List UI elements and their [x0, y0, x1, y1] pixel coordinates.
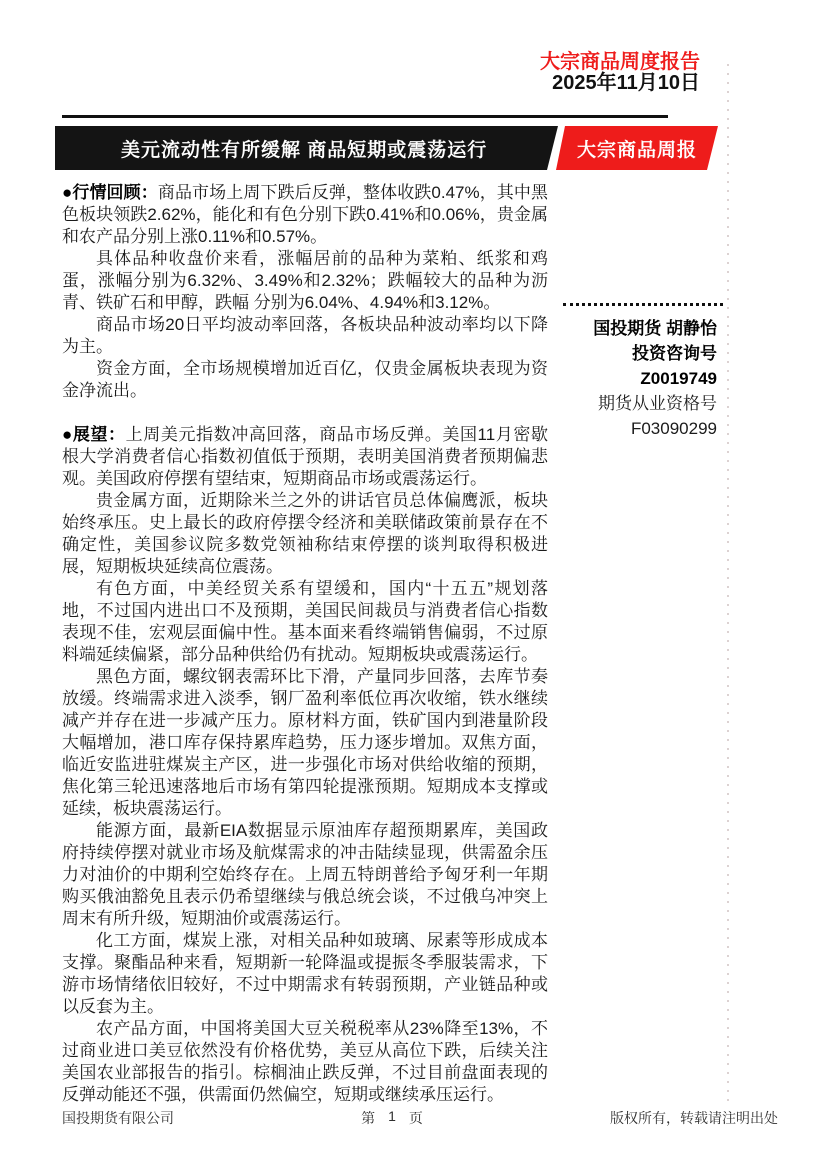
body-paragraph: 农产品方面，中国将美国大豆关税税率从23%降至13%，不过商业进口美豆依然没有价…	[62, 1018, 548, 1106]
report-page: 大宗商品周度报告 2025年11月10日 美元流动性有所缓解 商品短期或震荡运行…	[0, 0, 826, 1169]
section-label-outlook: ●展望：	[62, 425, 126, 444]
sidebar-dotted-rule	[563, 303, 723, 306]
weekly-report-badge-label: 大宗商品周报	[577, 135, 697, 162]
analyst-name: 国投期货 胡静怡	[563, 316, 723, 341]
body-paragraph: 能源方面，最新EIA数据显示原油库存超预期累库，美国政府持续停摆对就业市场及航煤…	[62, 820, 548, 930]
report-date: 2025年11月10日	[540, 73, 700, 94]
footer-company: 国投期货有限公司	[62, 1108, 174, 1128]
page-number: 1	[388, 1108, 396, 1128]
section-lead-paragraph: ●展望：上周美元指数冲高回落，商品市场反弹。美国11月密歇根大学消费者信心指数初…	[62, 424, 548, 490]
right-margin-dotted-line	[727, 64, 729, 1106]
section-lead-paragraph: ●行情回顾：商品市场上周下跌后反弹，整体收跌0.47%，其中黑色板块领跌2.62…	[62, 182, 548, 248]
page-footer: 国投期货有限公司 第 1 页 版权所有，转载请注明出处	[62, 1108, 778, 1128]
masthead: 大宗商品周度报告 2025年11月10日	[540, 52, 700, 94]
body-paragraph: 商品市场20日平均波动率回落，各板块品种波动率均以下降为主。	[62, 314, 548, 358]
banner-top-rule	[62, 115, 668, 118]
advisory-number-label: 投资咨询号	[563, 341, 723, 366]
section-intro-text: 上周美元指数冲高回落，商品市场反弹。美国11月密歇根大学消费者信心指数初值低于预…	[62, 425, 548, 488]
section-paragraphs: 贵金属方面，近期除米兰之外的讲话官员总体偏鹰派，板块始终承压。史上最长的政府停摆…	[62, 490, 548, 1106]
practice-number: F03090299	[563, 416, 723, 441]
report-series-title: 大宗商品周度报告	[540, 52, 700, 73]
body-paragraph: 黑色方面，螺纹钢表需环比下滑，产量同步回落，去库节奏放缓。终端需求进入淡季，钢厂…	[62, 666, 548, 820]
body-paragraph: 资金方面，全市场规模增加近百亿，仅贵金属板块表现为资金净流出。	[62, 358, 548, 402]
body-paragraph: 化工方面，煤炭上涨，对相关品种如玻璃、尿素等形成成本支撑。聚酯品种来看，短期新一…	[62, 930, 548, 1018]
body-paragraph: 有色方面，中美经贸关系有望缓和，国内“十五五”规划落地，不过国内进出口不及预期，…	[62, 578, 548, 666]
practice-number-label: 期货从业资格号	[563, 391, 723, 416]
advisory-number: Z0019749	[563, 366, 723, 391]
page-indicator-prefix: 第	[361, 1108, 375, 1128]
section-label-market-review: ●行情回顾：	[62, 183, 158, 202]
report-body: ●行情回顾：商品市场上周下跌后反弹，整体收跌0.47%，其中黑色板块领跌2.62…	[62, 182, 548, 1106]
report-headline-banner: 美元流动性有所缓解 商品短期或震荡运行	[55, 126, 558, 170]
footer-copyright: 版权所有，转载请注明出处	[610, 1108, 778, 1128]
section-paragraphs: 具体品种收盘价来看，涨幅居前的品种为菜粕、纸浆和鸡蛋，涨幅分别为6.32%、3.…	[62, 248, 548, 402]
page-indicator: 第 1 页	[361, 1108, 423, 1128]
body-paragraph: 贵金属方面，近期除米兰之外的讲话官员总体偏鹰派，板块始终承压。史上最长的政府停摆…	[62, 490, 548, 578]
weekly-report-badge: 大宗商品周报	[556, 126, 718, 170]
body-paragraph: 具体品种收盘价来看，涨幅居前的品种为菜粕、纸浆和鸡蛋，涨幅分别为6.32%、3.…	[62, 248, 548, 314]
report-headline: 美元流动性有所缓解 商品短期或震荡运行	[121, 135, 487, 162]
page-indicator-suffix: 页	[409, 1108, 423, 1128]
analyst-sidebar: 国投期货 胡静怡 投资咨询号 Z0019749 期货从业资格号 F0309029…	[563, 303, 723, 441]
section-market-review: ●行情回顾：商品市场上周下跌后反弹，整体收跌0.47%，其中黑色板块领跌2.62…	[62, 182, 548, 402]
section-outlook: ●展望：上周美元指数冲高回落，商品市场反弹。美国11月密歇根大学消费者信心指数初…	[62, 424, 548, 1106]
